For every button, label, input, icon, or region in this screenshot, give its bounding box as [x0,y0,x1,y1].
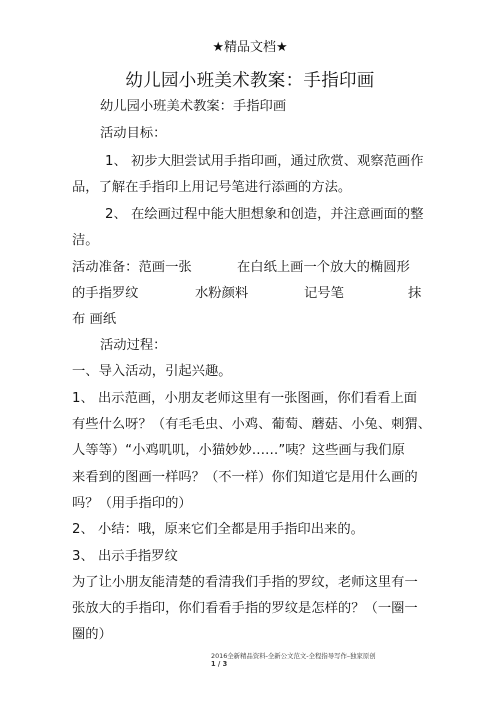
step-1-line-1: 1、 出示范画，小朋友老师这里有一张图画，你们看看上面 [72,391,417,407]
step-3-body-line-2: 张放大的手指印，你们看看手指的罗纹是怎样的？（一圈一 [72,601,418,617]
goal-2-line-1: 2、 在绘画过程中能大胆想象和创造，并注意画面的整 [105,207,424,223]
prep-item-1-cont: 的手指罗纹 [72,286,138,302]
page-indicator: 1 / 3 [211,660,227,668]
prep-label: 活动准备：范画一张 [72,260,192,276]
header-mark: ★精品文档★ [0,40,500,56]
prep-item-2: 水粉颜料 [195,286,248,302]
section-1-heading: 一、导入活动，引起兴趣。 [72,364,232,380]
step-1-line-2: 有些什么呀？（有毛毛虫、小鸡、葡萄、蘑菇、小兔、刺猬、 [72,417,431,433]
document-page: ★精品文档★ 幼儿园小班美术教案：手指印画 幼儿园小班美术教案：手指印画 活动目… [0,0,500,708]
footer-note: 2016全新精品资料-全新公文范文-全程指导写作–独家原创 [211,652,376,660]
step-3-heading: 3、 出示手指罗纹 [72,549,178,565]
document-title: 幼儿园小班美术教案：手指印画 [0,70,500,92]
process-heading: 活动过程： [100,338,166,354]
goals-heading: 活动目标： [100,126,166,142]
goal-1-line-2: 品，了解在手指印上用记号笔进行添画的方法。 [72,180,351,196]
step-2: 2、 小结：哦，原来它们全都是用手指印出来的。 [72,522,364,538]
goal-1-line-1: 1、 初步大胆尝试用手指印画，通过欣赏、观察范画作 [105,154,424,170]
prep-item-3: 记号笔 [304,286,344,302]
step-1-line-4: 来看到的图画一样吗？（不一样）你们知道它是用什么画的 [72,470,418,486]
step-3-body-line-1a: 为了让小朋友能清楚的看清我们手指的罗纹， [72,575,338,591]
step-1-line-5: 吗？（用手指印的） [72,496,192,512]
step-3-body-line-3: 圈的） [72,627,112,643]
goal-2-line-2: 洁。 [72,233,99,249]
document-subtitle: 幼儿园小班美术教案：手指印画 [100,99,286,115]
prep-item-4-part2: 布 画纸 [72,312,116,328]
prep-item-4-part1: 抹 [408,286,421,302]
prep-item-1: 在白纸上画一个放大的椭圆形 [237,260,410,276]
step-3-body-line-1b: 老师这里有一 [338,575,418,591]
step-1-line-3: 人等等）“小鸡叽叽，小猫妙妙……”咦？这些画与我们原 [72,443,405,459]
